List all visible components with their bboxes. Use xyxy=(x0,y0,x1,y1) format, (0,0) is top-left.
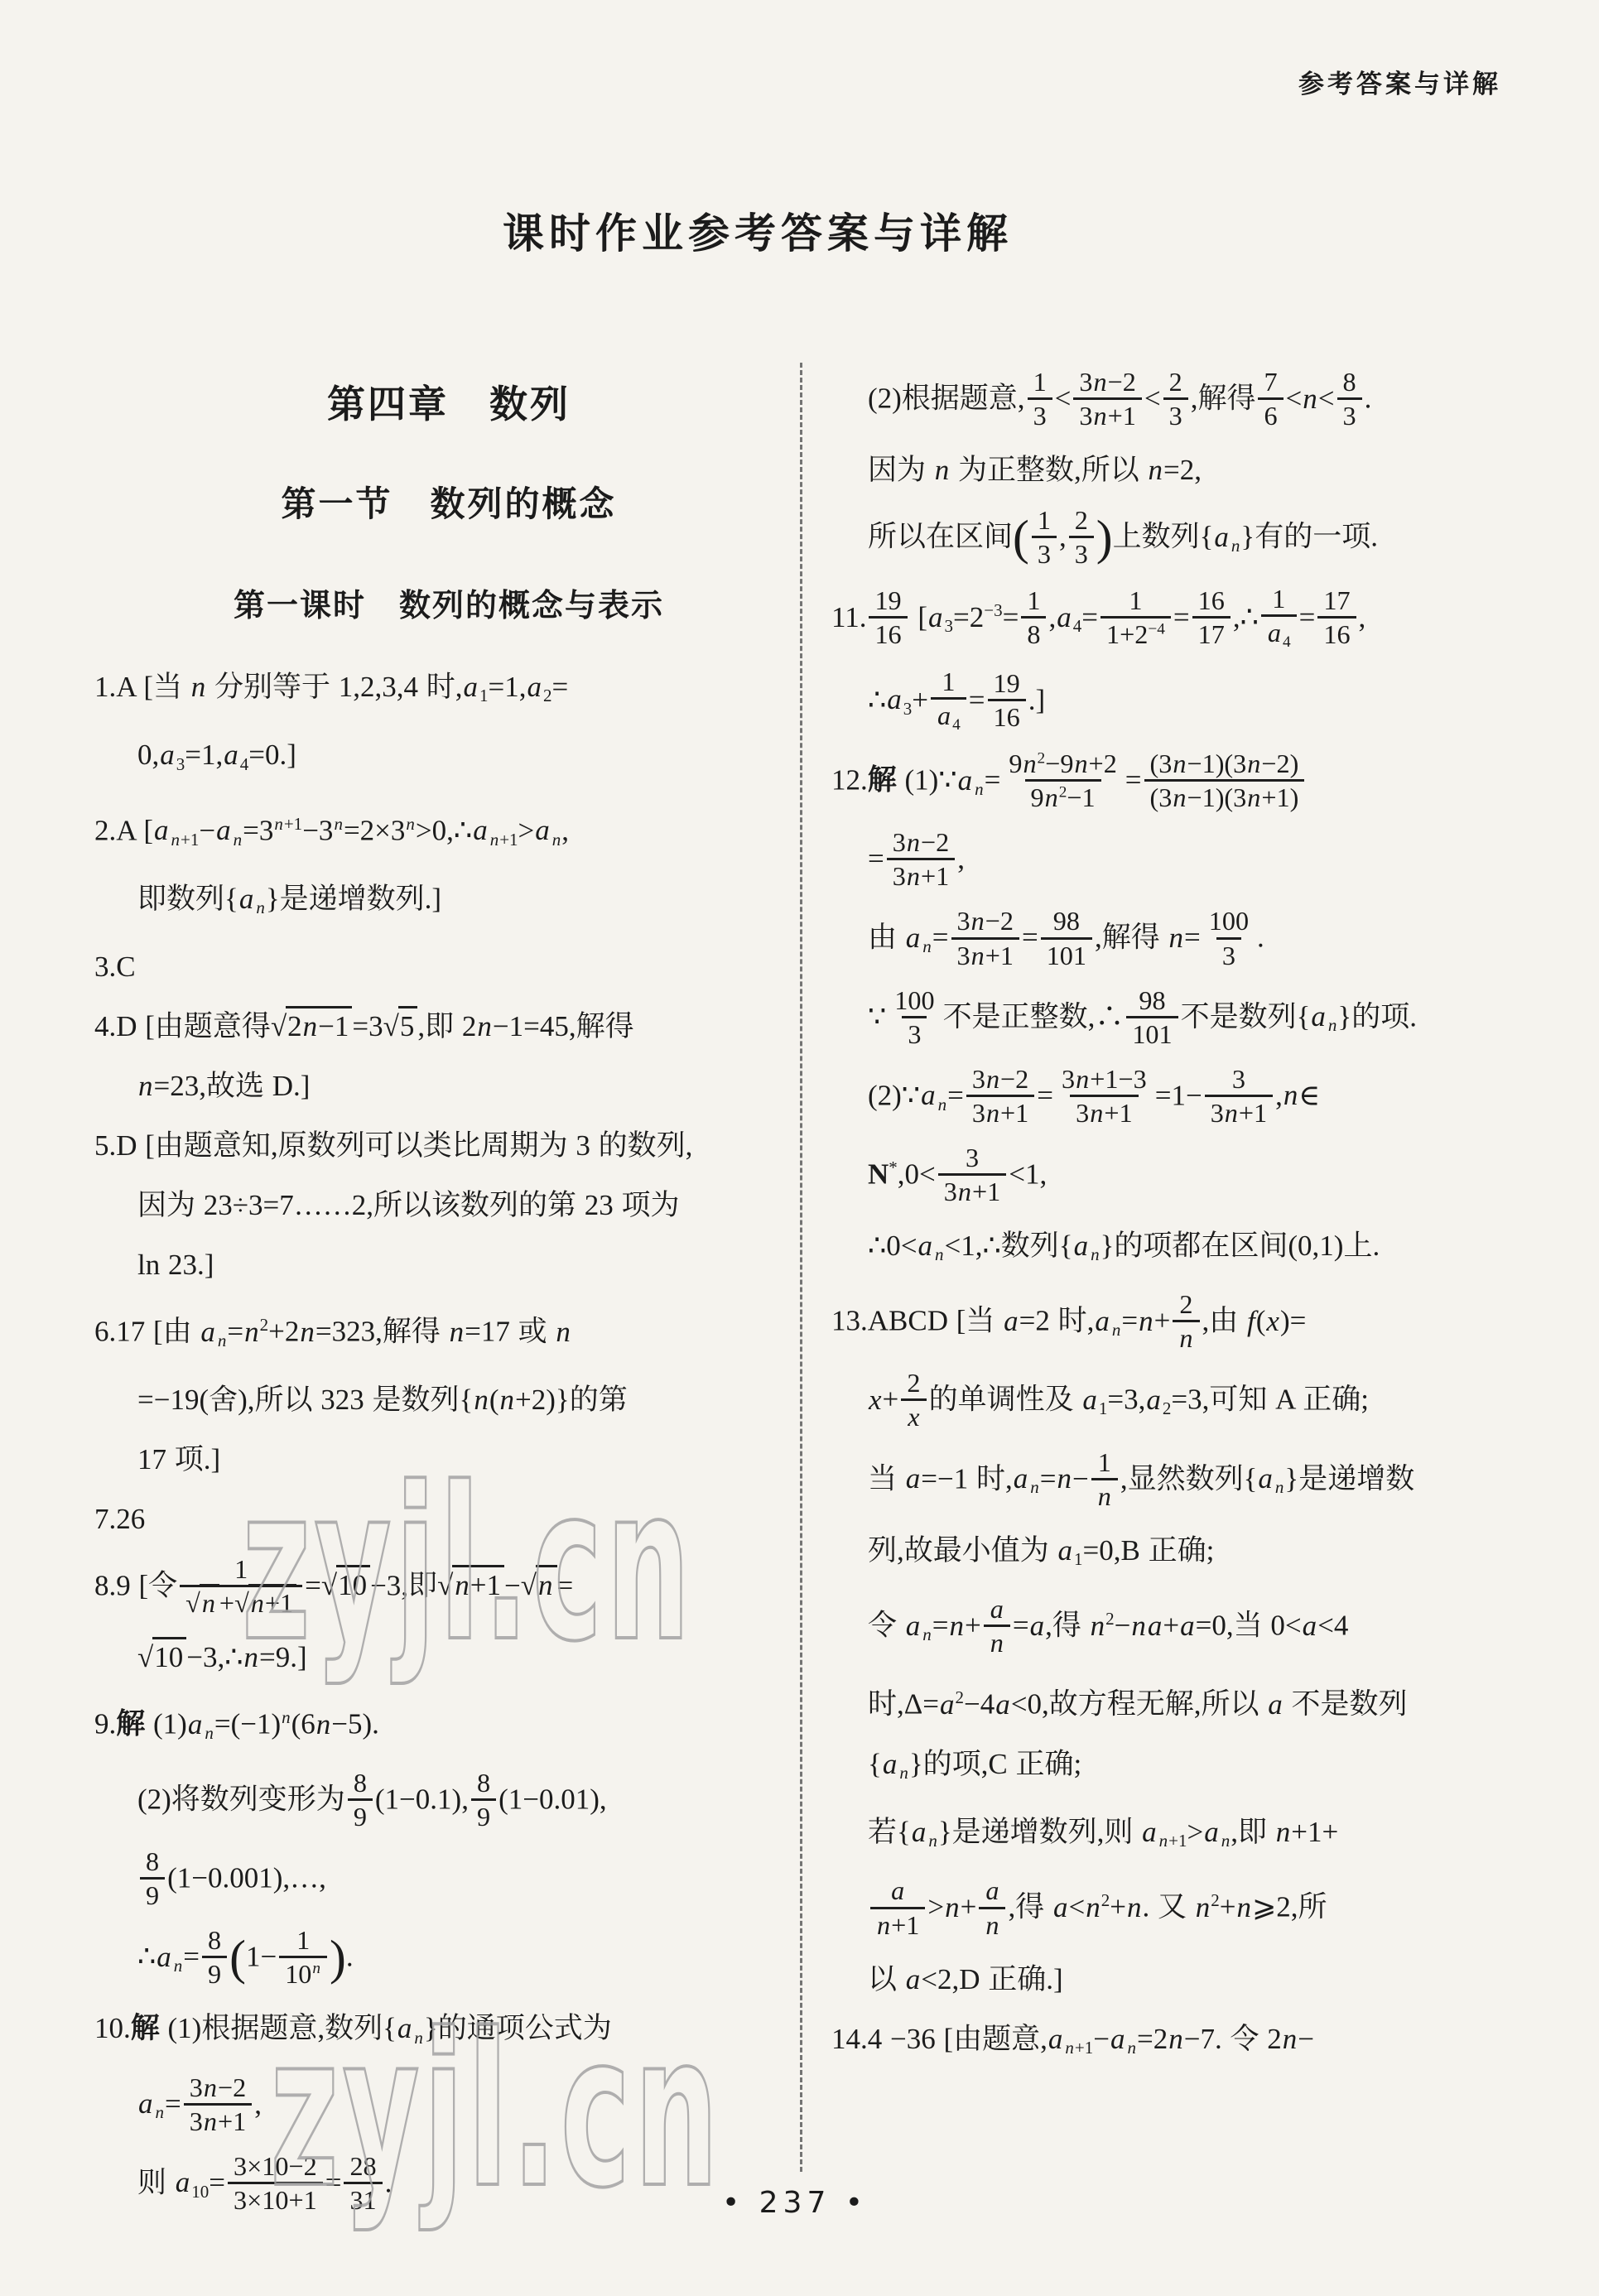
answer-line: (2)将数列变形为89(1−0.1),89(1−0.01), xyxy=(94,1770,803,1834)
answer-line: 14.4 −36 [由题意,an+1−an=2n−7. 令 2n− xyxy=(831,2017,1588,2070)
answer-line: 2.A [an+1−an=3n+1−3n=2×3n>0,∴an+1>an, xyxy=(94,801,803,862)
answer-line: x+2x的单调性及 a1=3,a2=3,可知 A 正确; xyxy=(831,1370,1588,1434)
answer-line: (2)∵an=3n−23n+1=3n+1−33n+1=1−33n+1,n∈ xyxy=(831,1066,1588,1130)
radical-icon: √ xyxy=(437,1569,453,1601)
answer-line: 10.解 (1)根据题意,数列{an}的通项公式为 xyxy=(94,2006,803,2059)
right-column: (2)根据题意,13<3n−23n+1<23,解得76<n<83.因为 n 为正… xyxy=(831,369,1588,2085)
radical-icon: √ xyxy=(383,1010,399,1042)
answer-line: 当 a=−1 时,an=n−1n,显然数列{an}是递增数 xyxy=(831,1450,1588,1514)
answer-line: 13.ABCD [当 a=2 时,an=n+2n,由 f(x)= xyxy=(831,1292,1588,1355)
radical-icon: √ xyxy=(137,1641,153,1673)
answer-line: ln 23.] xyxy=(94,1243,803,1288)
answer-line: 即数列{an}是递增数列.] xyxy=(94,877,803,930)
answer-line: 0,a3=1,a4=0.] xyxy=(94,733,803,786)
right-column-lines: (2)根据题意,13<3n−23n+1<23,解得76<n<83.因为 n 为正… xyxy=(831,369,1588,2070)
answer-line: ∵1003不是正整数,∴98101不是数列{an}的项. xyxy=(831,988,1588,1052)
answer-line: 8.9 [令1√n+√n+1=√10−3,即√n+1−√n= xyxy=(94,1557,803,1620)
answer-line: 以 a<2,D 正确.] xyxy=(831,1957,1588,2002)
answer-line: {an}的项,C 正确; xyxy=(831,1742,1588,1795)
chapter-heading: 第四章 数列 xyxy=(94,374,803,429)
lesson-heading: 第一课时 数列的概念与表示 xyxy=(94,580,803,625)
answer-line: ∴an=89(1−110n). xyxy=(94,1928,803,1991)
answer-line: 5.D [由题意知,原数列可以类比周期为 3 的数列, xyxy=(94,1124,803,1168)
answer-line: an+1>n+an,得 a<n2+n. 又 n2+n⩾2,所 xyxy=(831,1878,1588,1942)
page-number: • 237 • xyxy=(629,2186,961,2220)
answer-line: ∴a3+1a4=1916.] xyxy=(831,669,1588,736)
answer-line: 7.26 xyxy=(94,1497,803,1542)
answer-line: 所以在区间(13,23)上数列{an}有的一项. xyxy=(831,508,1588,571)
left-column-lines: 1.A [当 n 分别等于 1,2,3,4 时,a1=1,a2=0,a3=1,a… xyxy=(94,665,803,2217)
answer-line: =−19(舍),所以 323 是数列{n(n+2)}的第 xyxy=(94,1378,803,1422)
answer-line: 12.解 (1)∵an=9n2−9n+29n2−1=(3n−1)(3n−2)(3… xyxy=(831,751,1588,815)
answer-line: 17 项.] xyxy=(94,1437,803,1482)
answer-line: =3n−23n+1, xyxy=(831,830,1588,893)
answer-line: 6.17 [由 an=n2+2n=323,解得 n=17 或 n xyxy=(94,1302,803,1363)
radical-icon: √ xyxy=(521,1569,537,1601)
section-heading: 第一节 数列的概念 xyxy=(94,477,803,527)
answer-line: 由 an=3n−23n+1=98101,解得 n=1003. xyxy=(831,908,1588,972)
page-header-right: 参考答案与详解 xyxy=(1298,63,1501,100)
answer-line: n=23,故选 D.] xyxy=(94,1064,803,1109)
answer-line: N*,0<33n+1<1, xyxy=(831,1145,1588,1209)
answer-line: (2)根据题意,13<3n−23n+1<23,解得76<n<83. xyxy=(831,369,1588,433)
answer-line: 1.A [当 n 分别等于 1,2,3,4 时,a1=1,a2= xyxy=(94,665,803,718)
radical-icon: √ xyxy=(185,1588,200,1618)
radical-icon: √ xyxy=(271,1010,287,1042)
answer-line: an=3n−23n+1, xyxy=(94,2075,803,2139)
answer-line: 因为 23÷3=7……2,所以该数列的第 23 项为 xyxy=(94,1183,803,1228)
radical-icon: √ xyxy=(234,1588,249,1618)
answer-line: 89(1−0.001),…, xyxy=(94,1849,803,1913)
radical-icon: √ xyxy=(321,1569,337,1601)
page-title: 课时作业参考答案与详解 xyxy=(0,200,1515,260)
answer-line: 11.1916 [a3=2−3=18,a4=11+2−4=1617,∴1a4=1… xyxy=(831,586,1588,653)
answer-line: √10−3,∴n=9.] xyxy=(94,1635,803,1680)
answer-line: 9.解 (1)an=(−1)n(6n−5). xyxy=(94,1695,803,1755)
answer-line: 若{an}是递增数列,则 an+1>an,即 n+1+ xyxy=(831,1810,1588,1863)
answer-line: 4.D [由题意得√2n−1=3√5,即 2n−1=45,解得 xyxy=(94,1004,803,1049)
scanned-answer-page: { "page": { "header_right": "参考答案与详解", "… xyxy=(0,0,1599,2296)
answer-line: 令 an=n+an=a,得 n2−na+a=0,当 0<a<4 xyxy=(831,1596,1588,1660)
answer-line: 因为 n 为正整数,所以 n=2, xyxy=(831,448,1588,493)
left-column: 第四章 数列 第一节 数列的概念 第一课时 数列的概念与表示 1.A [当 n … xyxy=(94,369,803,2232)
answer-line: 列,故最小值为 a1=0,B 正确; xyxy=(831,1528,1588,1581)
answer-line: ∴0<an<1,∴数列{an}的项都在区间(0,1)上. xyxy=(831,1224,1588,1277)
answer-line: 时,Δ=a2−4a<0,故方程无解,所以 a 不是数列 xyxy=(831,1675,1588,1727)
answer-line: 3.C xyxy=(94,945,803,989)
